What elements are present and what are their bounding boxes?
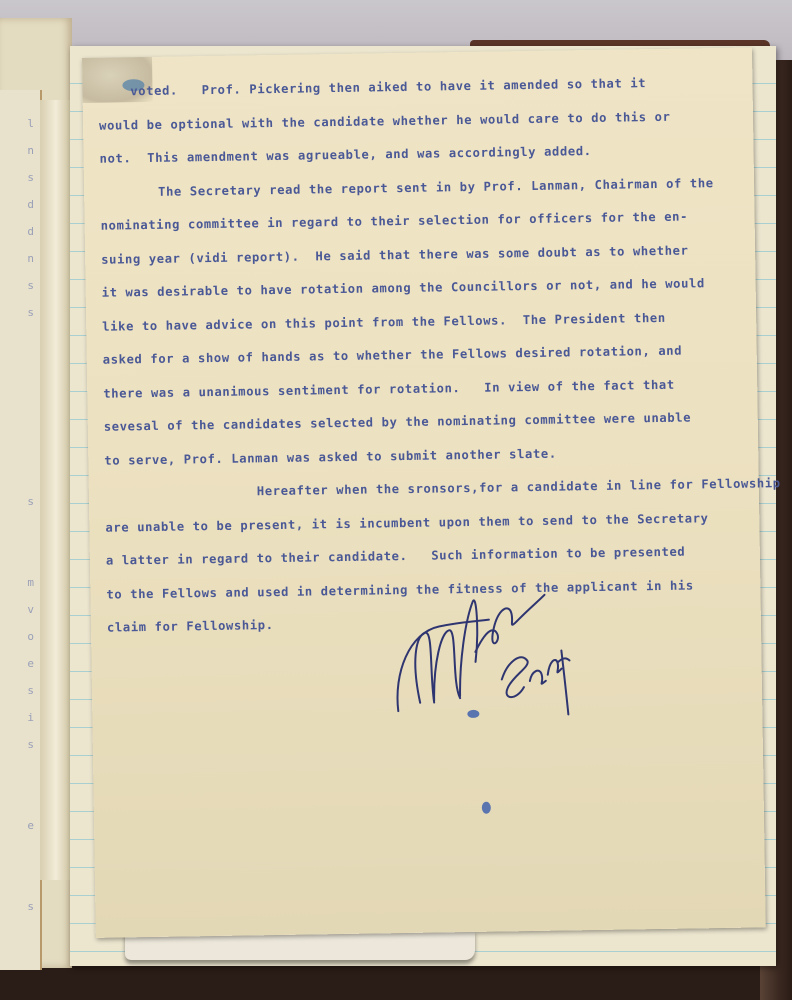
ink-blot (482, 802, 491, 814)
handwritten-signature (388, 590, 590, 723)
typed-sheet: voted. Prof. Pickering then aiked to hav… (82, 47, 766, 937)
signature-icon (388, 590, 590, 723)
left-page-margin-text: l n s d d n s s s m v o e s i s e s (4, 110, 38, 920)
page-binding-fold (40, 100, 72, 880)
left-page: l n s d d n s s s m v o e s i s e s (0, 90, 42, 970)
typed-text-body: voted. Prof. Pickering then aiked to hav… (98, 66, 747, 645)
paragraph-2: The Secretary read the report sent in by… (100, 166, 745, 478)
paragraph-1: voted. Prof. Pickering then aiked to hav… (98, 66, 739, 177)
